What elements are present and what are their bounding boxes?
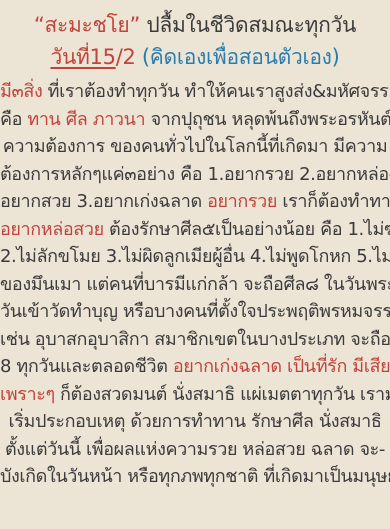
body-line-8: ของมึนเมา แต่คนที่บารมีแก่กล้า จะถือศีล๘… (0, 271, 390, 299)
body-line-5: อยากสวย 3.อยากเก่งฉลาด อยากรวย เราก็ต้อง… (0, 188, 390, 216)
body-line-1-segment-1: ที่เราต้องทำทุกวัน ทำให้คนเราสูงส่ง&มหัศ… (42, 81, 390, 102)
body-line-6-segment-1: ต้องรักษาศีล๕เป็นอย่างน้อย คือ 1.ไม่ฆ่า (104, 219, 390, 240)
body-line-7-segment-0: 2.ไม่ลักขโมย 3.ไม่ผิดลูกเมียผู้อื่น 4.ไม… (0, 246, 390, 267)
body-line-15: บังเกิดในวันหน้า หรือทุกภพทุกชาติ ที่เกิ… (0, 463, 390, 491)
body-line-4-segment-0: ต้องการหลักๆแค่๓อย่าง คือ 1.อยากรวย 2.อย… (0, 164, 390, 185)
body-line-5-segment-2: เราก็ต้องทำทาน (277, 191, 390, 212)
body-line-2-segment-0: คือ (0, 109, 27, 130)
subtitle-segment-0: วันที่15 (50, 45, 115, 69)
body-line-13: เริ่มประกอบเหตุ ด้วยการทำทาน รักษาศีล นั… (0, 408, 390, 436)
body-line-12: เพราะๆ ก็ต้องสวดมนต์ นั่งสมาธิ แผ่เมตตาท… (0, 381, 390, 409)
subtitle-segment-1: /2 (116, 45, 142, 69)
body-line-12-segment-0: เพราะๆ (0, 384, 55, 405)
body-line-13-segment-0: เริ่มประกอบเหตุ ด้วยการทำทาน รักษาศีล นั… (9, 411, 382, 432)
title-segment-1: ปลื้มในชีวิดสมณะทุกวัน (140, 13, 356, 37)
body-line-2-segment-1: ทาน ศีล ภาวนา (27, 109, 145, 130)
document-page: “สะมะชโย” ปลื้มในชีวิดสมณะทุกวัน วันที่1… (0, 0, 390, 491)
body-text: มี๓สิ่ง ที่เราต้องทำทุกวัน ทำให้คนเราสูง… (0, 78, 390, 491)
body-line-15-segment-0: บังเกิดในวันหน้า หรือทุกภพทุกชาติ ที่เกิ… (0, 466, 390, 487)
title-segment-0: “สะมะชโย” (34, 13, 140, 37)
page-title: “สะมะชโย” ปลื้มในชีวิดสมณะทุกวัน (0, 8, 390, 42)
body-line-6-segment-0: อยากหล่อสวย (0, 219, 104, 240)
body-line-10-segment-0: เช่น อุบาสกอุบาสิกา สมาชิกเขตในบางประเภท… (0, 329, 390, 350)
body-line-5-segment-0: อยากสวย 3.อยากเก่งฉลาด (0, 191, 207, 212)
body-line-14: ตั้งแต่วันนี้ เพื่อผลแห่งความรวย หล่อสวย… (0, 436, 390, 464)
page-subtitle: วันที่15/2 (คิดเองเพื่อสอนตัวเอง) (0, 42, 390, 73)
body-line-11: 8 ทุกวันและตลอดชีวิต อยากเก่งฉลาด เป็นที… (0, 353, 390, 381)
body-line-4: ต้องการหลักๆแค่๓อย่าง คือ 1.อยากรวย 2.อย… (0, 161, 390, 189)
body-line-3: ความต้องการ ของคนทั่วไปในโลกนี้ที่เกิดมา… (0, 133, 390, 161)
body-line-11-segment-0: 8 ทุกวันและตลอดชีวิต (0, 356, 173, 377)
body-line-2-segment-2: จากปุถุชน หลุดพ้นถึงพระอรหันต์ (145, 109, 390, 130)
body-line-11-segment-1: อยากเก่งฉลาด เป็นที่รัก มีเสียง- (173, 356, 390, 377)
body-line-1-segment-0: มี๓สิ่ง (0, 81, 42, 102)
body-line-10: เช่น อุบาสกอุบาสิกา สมาชิกเขตในบางประเภท… (0, 326, 390, 354)
body-line-9: วันเข้าวัดทำบุญ หรือบางคนที่ตั้งใจประพฤต… (0, 298, 390, 326)
body-line-12-segment-1: ก็ต้องสวดมนต์ นั่งสมาธิ แผ่เมตตาทุกวัน เ… (55, 384, 390, 405)
body-line-8-segment-0: ของมึนเมา แต่คนที่บารมีแก่กล้า จะถือศีล๘… (0, 274, 390, 295)
body-line-9-segment-0: วันเข้าวัดทำบุญ หรือบางคนที่ตั้งใจประพฤต… (0, 301, 390, 322)
body-line-6: อยากหล่อสวย ต้องรักษาศีล๕เป็นอย่างน้อย ค… (0, 216, 390, 244)
subtitle-segment-2: (คิดเองเพื่อสอนตัวเอง) (142, 45, 340, 69)
body-line-7: 2.ไม่ลักขโมย 3.ไม่ผิดลูกเมียผู้อื่น 4.ไม… (0, 243, 390, 271)
body-line-3-segment-0: ความต้องการ ของคนทั่วไปในโลกนี้ที่เกิดมา… (3, 136, 388, 157)
body-line-5-segment-1: อยากรวย (207, 191, 277, 212)
body-line-2: คือ ทาน ศีล ภาวนา จากปุถุชน หลุดพ้นถึงพร… (0, 106, 390, 134)
body-line-14-segment-0: ตั้งแต่วันนี้ เพื่อผลแห่งความรวย หล่อสวย… (5, 439, 385, 460)
body-line-1: มี๓สิ่ง ที่เราต้องทำทุกวัน ทำให้คนเราสูง… (0, 78, 390, 106)
